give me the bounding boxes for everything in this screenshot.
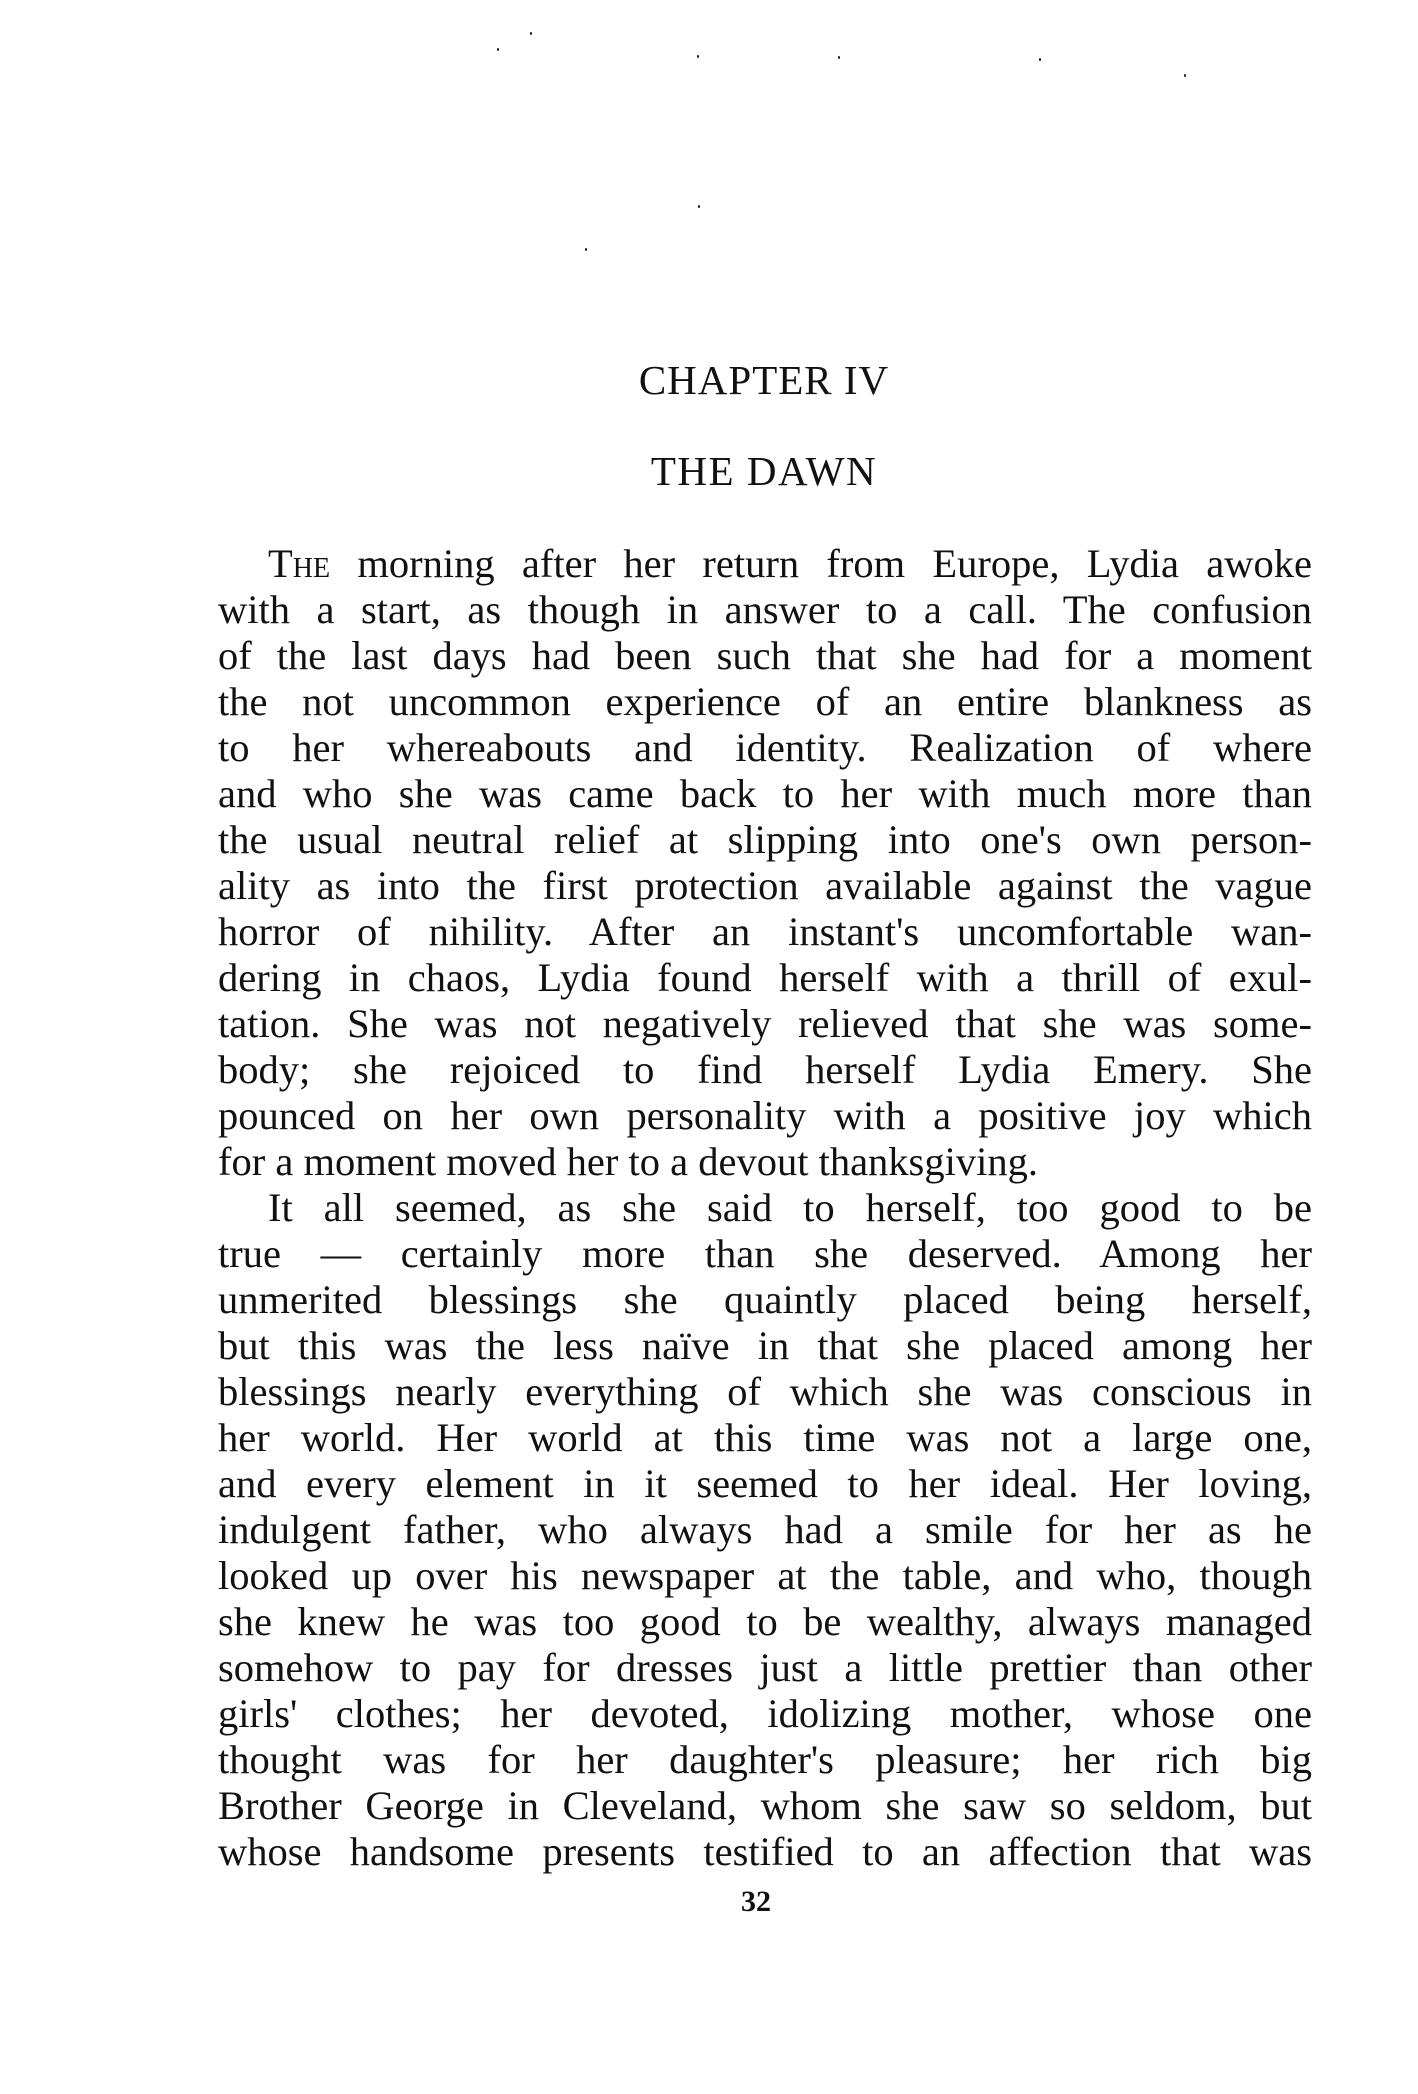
- text-line: for a moment moved her to a devout thank…: [218, 1139, 1312, 1185]
- text-line: true — certainly more than she deserved.…: [218, 1231, 1312, 1277]
- text-line: to her whereabouts and identity. Realiza…: [218, 725, 1312, 771]
- text-line: looked up over his newspaper at the tabl…: [218, 1553, 1312, 1599]
- text-line: ality as into the first protection avail…: [218, 863, 1312, 909]
- body-text: The morning after her return from Europe…: [218, 541, 1312, 1875]
- chapter-number: CHAPTER IV: [0, 356, 1418, 404]
- text-line: indulgent father, who always had a smile…: [218, 1507, 1312, 1553]
- text-line: the usual neutral relief at slipping int…: [218, 817, 1312, 863]
- drop-smallcaps-word: The: [268, 541, 330, 586]
- text-line: but this was the less naïve in that she …: [218, 1323, 1312, 1369]
- page-number: 32: [0, 1884, 1418, 1920]
- text-line: pounced on her own personality with a po…: [218, 1093, 1312, 1139]
- text-line: somehow to pay for dresses just a little…: [218, 1645, 1312, 1691]
- scan-speck: [530, 32, 532, 35]
- text-line: Brother George in Cleveland, whom she sa…: [218, 1783, 1312, 1829]
- text-line: her world. Her world at this time was no…: [218, 1415, 1312, 1461]
- text-line: It all seemed, as she said to herself, t…: [218, 1185, 1312, 1231]
- text-line: body; she rejoiced to find herself Lydia…: [218, 1047, 1312, 1093]
- text-line: tation. She was not negatively relieved …: [218, 1001, 1312, 1047]
- book-page: CHAPTER IV THE DAWN The morning after he…: [0, 0, 1418, 2094]
- text-line: she knew he was too good to be wealthy, …: [218, 1599, 1312, 1645]
- text-line: horror of nihility. After an instant's u…: [218, 909, 1312, 955]
- text-line: whose handsome presents testified to an …: [218, 1829, 1312, 1875]
- chapter-title: THE DAWN: [0, 447, 1418, 495]
- text-line: the not uncommon experience of an entire…: [218, 679, 1312, 725]
- text-line: and every element in it seemed to her id…: [218, 1461, 1312, 1507]
- text-line: unmerited blessings she quaintly placed …: [218, 1277, 1312, 1323]
- text-line: The morning after her return from Europe…: [218, 541, 1312, 587]
- text-line: and who she was came back to her with mu…: [218, 771, 1312, 817]
- scan-speck: [585, 248, 587, 251]
- scan-speck: [1184, 74, 1186, 77]
- text-line: girls' clothes; her devoted, idolizing m…: [218, 1691, 1312, 1737]
- text-line: dering in chaos, Lydia found herself wit…: [218, 955, 1312, 1001]
- text-line: thought was for her daughter's pleasure;…: [218, 1737, 1312, 1783]
- scan-speck: [698, 205, 700, 208]
- scan-speck: [497, 48, 499, 51]
- scan-speck: [1039, 58, 1041, 61]
- text-line: with a start, as though in answer to a c…: [218, 587, 1312, 633]
- scan-speck: [838, 56, 840, 59]
- scan-speck: [697, 55, 699, 58]
- text-line: blessings nearly everything of which she…: [218, 1369, 1312, 1415]
- text-line: of the last days had been such that she …: [218, 633, 1312, 679]
